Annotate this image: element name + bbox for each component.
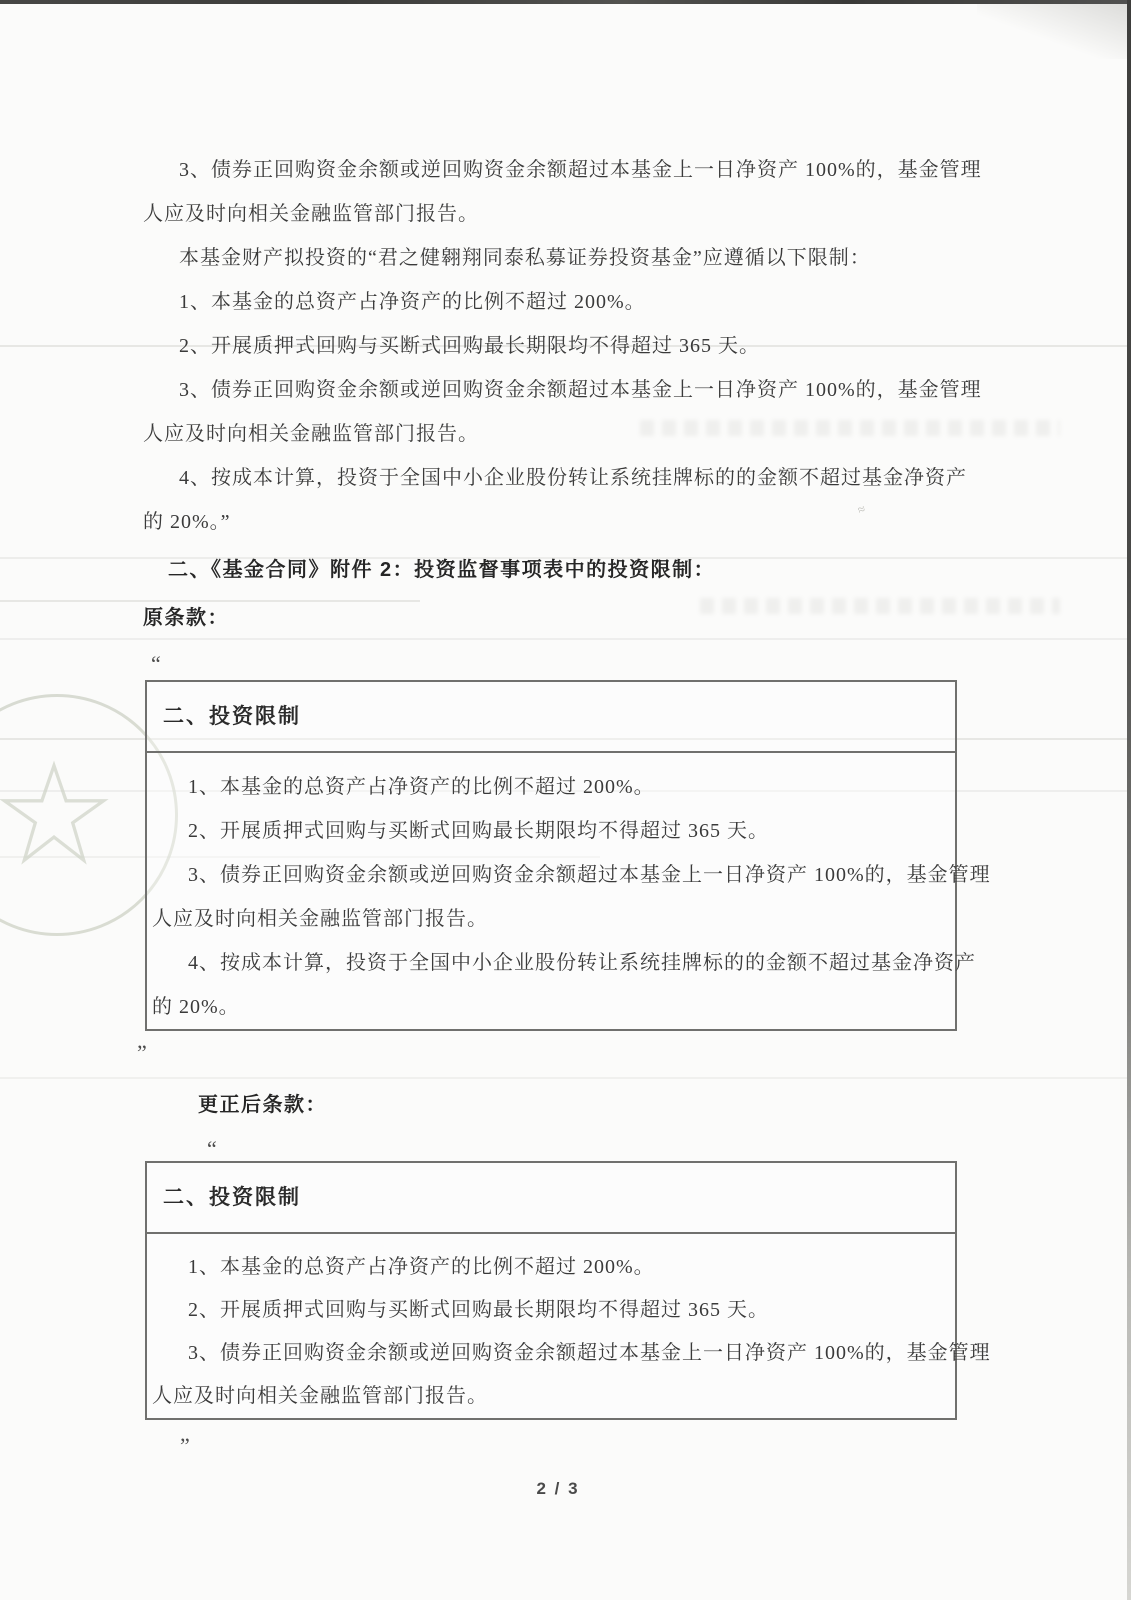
original-clause-label: 原条款： <box>143 596 973 640</box>
body-line: 的 20%。” <box>143 500 973 544</box>
table-header: 二、投资限制 <box>147 682 955 753</box>
body-line: 1、本基金的总资产占净资产的比例不超过 200%。 <box>143 280 973 324</box>
table-body: 1、本基金的总资产占净资产的比例不超过 200%。 2、开展质押式回购与买断式回… <box>147 753 955 1029</box>
corrected-clause-label: 更正后条款： <box>143 1083 973 1127</box>
star-icon <box>0 759 109 869</box>
body-line: 人应及时向相关金融监管部门报告。 <box>143 192 973 236</box>
table-row: 人应及时向相关金融监管部门报告。 <box>152 897 949 941</box>
scan-corner-shade <box>977 4 1127 59</box>
closing-quote-mark: ” <box>137 1031 973 1075</box>
table-row: 2、开展质押式回购与买断式回购最长期限均不得超过 365 天。 <box>152 1289 949 1332</box>
table-row: 1、本基金的总资产占净资产的比例不超过 200%。 <box>152 765 949 809</box>
document-body: 3、债券正回购资金余额或逆回购资金余额超过本基金上一日净资产 100%的，基金管… <box>143 148 973 1502</box>
scan-edge-right <box>1127 0 1131 1600</box>
table-row: 4、按成本计算，投资于全国中小企业股份转让系统挂牌标的的金额不超过基金净资产 <box>152 941 949 985</box>
body-line: 3、债券正回购资金余额或逆回购资金余额超过本基金上一日净资产 100%的，基金管… <box>143 368 973 412</box>
section-heading: 二、《基金合同》附件 2：投资监督事项表中的投资限制： <box>143 548 973 592</box>
table-row: 的 20%。 <box>152 985 949 1029</box>
investment-restriction-table-original: 二、投资限制 1、本基金的总资产占净资产的比例不超过 200%。 2、开展质押式… <box>145 680 957 1031</box>
investment-restriction-table-corrected: 二、投资限制 1、本基金的总资产占净资产的比例不超过 200%。 2、开展质押式… <box>145 1161 957 1420</box>
body-line: 4、按成本计算，投资于全国中小企业股份转让系统挂牌标的的金额不超过基金净资产 <box>143 456 973 500</box>
page-number: 2 / 3 <box>143 1476 973 1502</box>
table-header: 二、投资限制 <box>147 1163 955 1234</box>
closing-quote-mark: ” <box>143 1424 973 1468</box>
table-row: 3、债券正回购资金余额或逆回购资金余额超过本基金上一日净资产 100%的，基金管… <box>152 853 949 897</box>
table-row: 3、债券正回购资金余额或逆回购资金余额超过本基金上一日净资产 100%的，基金管… <box>152 1332 949 1375</box>
table-row: 1、本基金的总资产占净资产的比例不超过 200%。 <box>152 1246 949 1289</box>
body-line: 本基金财产拟投资的“君之健翱翔同泰私募证券投资基金”应遵循以下限制： <box>143 236 973 280</box>
table-row: 2、开展质押式回购与买断式回购最长期限均不得超过 365 天。 <box>152 809 949 853</box>
table-row: 人应及时向相关金融监管部门报告。 <box>152 1375 949 1418</box>
table-body: 1、本基金的总资产占净资产的比例不超过 200%。 2、开展质押式回购与买断式回… <box>147 1234 955 1418</box>
body-line: 3、债券正回购资金余额或逆回购资金余额超过本基金上一日净资产 100%的，基金管… <box>143 148 973 192</box>
scanned-document-page: ≈ 3、债券正回购资金余额或逆回购资金余额超过本基金上一日净资产 100%的，基… <box>0 0 1131 1600</box>
body-line: 人应及时向相关金融监管部门报告。 <box>143 412 973 456</box>
scan-edge-top <box>0 0 1131 4</box>
body-line: 2、开展质押式回购与买断式回购最长期限均不得超过 365 天。 <box>143 324 973 368</box>
